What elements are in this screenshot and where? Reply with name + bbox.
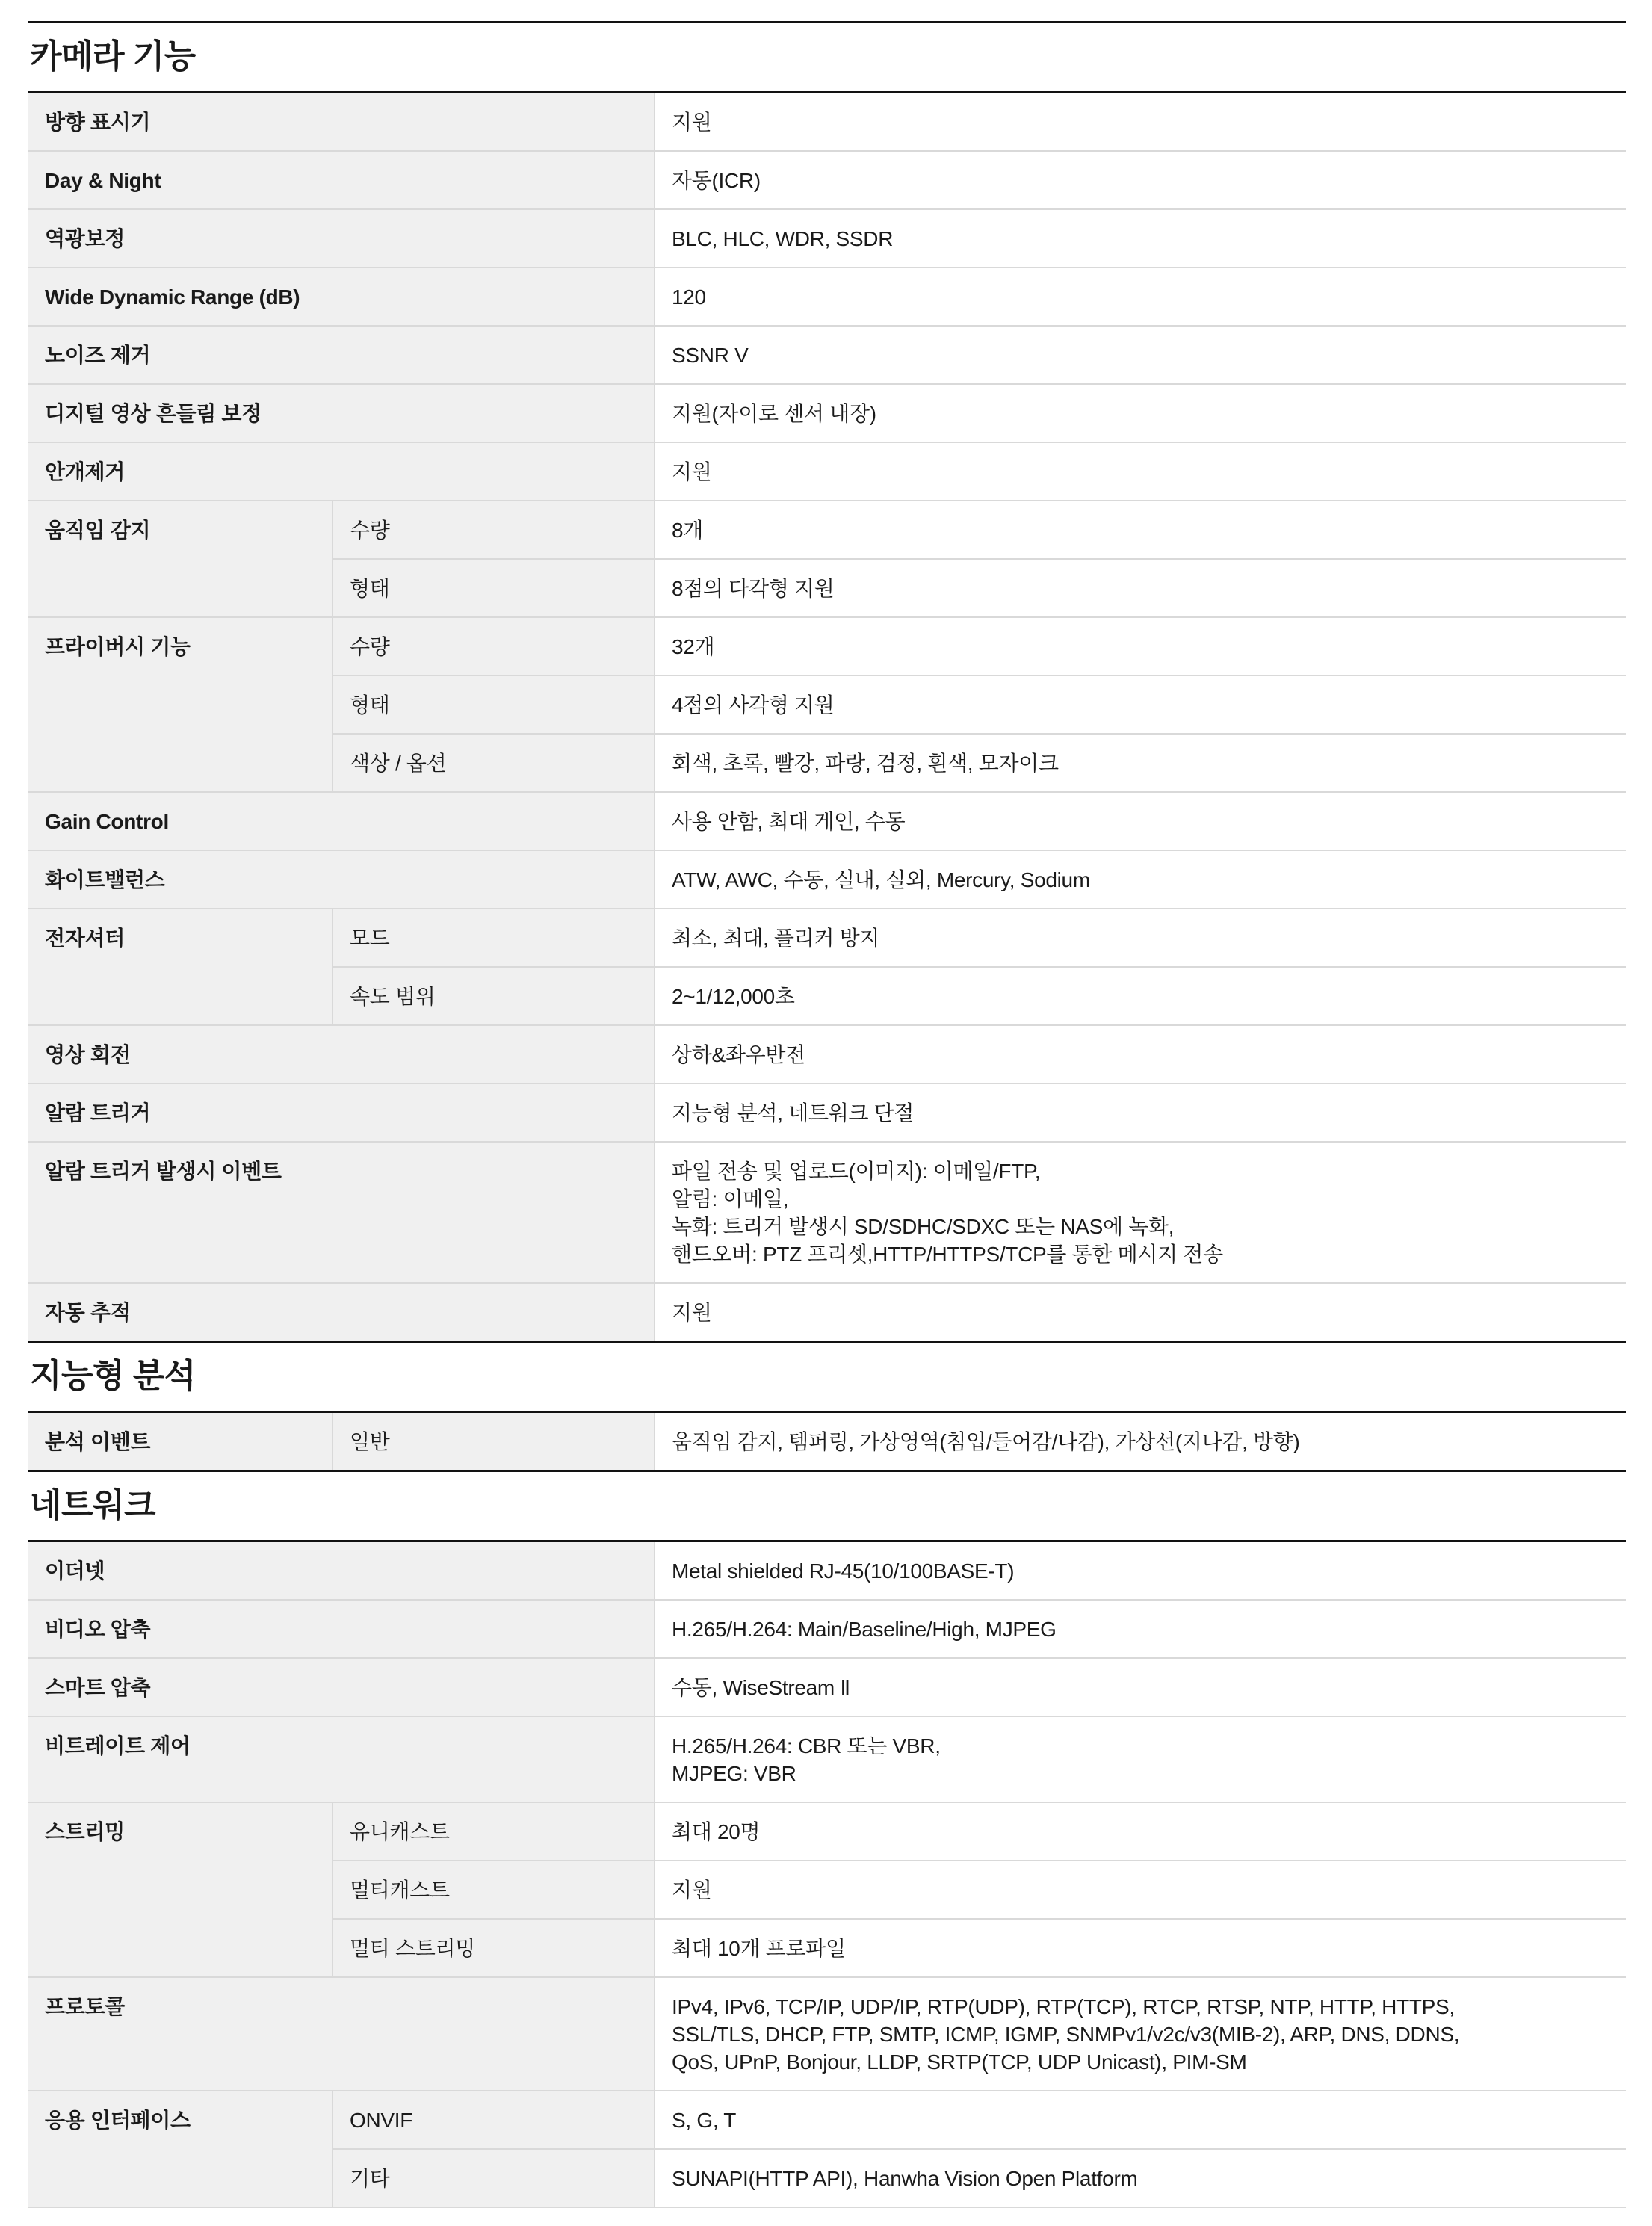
spec-value-cell: H.265/H.264: Main/Baseline/High, MJPEG — [655, 1600, 1626, 1658]
spec-sublabel-cell: 기타 — [332, 2149, 655, 2207]
table-row: Gain Control 사용 안함, 최대 게인, 수동 — [28, 792, 1626, 850]
spec-sublabel-cell: 수량 — [332, 501, 655, 559]
spec-value-cell: SUNAPI(HTTP API), Hanwha Vision Open Pla… — [655, 2149, 1626, 2207]
intelligent-analytics-table: 분석 이벤트 일반 움직임 감지, 템퍼링, 가상영역(침입/들어감/나감), … — [28, 1411, 1626, 1472]
spec-value-cell: 파일 전송 및 업로드(이미지): 이메일/FTP, 알림: 이메일, 녹화: … — [655, 1142, 1626, 1283]
spec-value-cell: 수동, WiseStream Ⅱ — [655, 1658, 1626, 1716]
spec-label-cell: 움직임 감지 — [28, 501, 332, 617]
spec-sublabel-cell: 색상 / 옵션 — [332, 734, 655, 792]
table-row: 분석 이벤트 일반 움직임 감지, 템퍼링, 가상영역(침입/들어감/나감), … — [28, 1412, 1626, 1471]
spec-label-cell: Gain Control — [28, 792, 655, 850]
table-row: 전자셔터 모드 최소, 최대, 플리커 방지 — [28, 909, 1626, 967]
value-line: SSL/TLS, DHCP, FTP, SMTP, ICMP, IGMP, SN… — [672, 2021, 1609, 2048]
spec-sublabel-cell: 속도 범위 — [332, 967, 655, 1025]
spec-label-cell: 영상 회전 — [28, 1025, 655, 1083]
spec-label-cell: 비트레이트 제어 — [28, 1716, 655, 1802]
spec-value-cell: 지원 — [655, 1283, 1626, 1342]
spec-label-cell: 프로토콜 — [28, 1977, 655, 2091]
table-row: 스트리밍 유니캐스트 최대 20명 — [28, 1802, 1626, 1861]
spec-label-cell: 역광보정 — [28, 209, 655, 268]
spec-value-cell: 지원 — [655, 1861, 1626, 1919]
spec-label-cell: 이더넷 — [28, 1542, 655, 1601]
value-line: IPv4, IPv6, TCP/IP, UDP/IP, RTP(UDP), RT… — [672, 1993, 1609, 2021]
camera-features-table: 방향 표시기 지원 Day & Night 자동(ICR) 역광보정 BLC, … — [28, 91, 1626, 1343]
spec-value-cell: 최대 10개 프로파일 — [655, 1919, 1626, 1977]
value-line: MJPEG: VBR — [672, 1760, 1609, 1787]
table-row: 프라이버시 기능 수량 32개 — [28, 617, 1626, 675]
spec-sheet: 카메라 기능 방향 표시기 지원 Day & Night 자동(ICR) 역광보… — [0, 0, 1652, 2208]
spec-value-cell: 자동(ICR) — [655, 151, 1626, 209]
value-line: 알림: 이메일, — [672, 1185, 1609, 1213]
spec-value-cell: ATW, AWC, 수동, 실내, 실외, Mercury, Sodium — [655, 850, 1626, 909]
spec-label-cell: 화이트밸런스 — [28, 850, 655, 909]
spec-sublabel-cell: 일반 — [332, 1412, 655, 1471]
table-row: 이더넷 Metal shielded RJ-45(10/100BASE-T) — [28, 1542, 1626, 1601]
spec-label-cell: Day & Night — [28, 151, 655, 209]
spec-value-cell: 지원(자이로 센서 내장) — [655, 384, 1626, 442]
spec-value-cell: S, G, T — [655, 2091, 1626, 2149]
table-row: Wide Dynamic Range (dB) 120 — [28, 268, 1626, 326]
spec-sublabel-cell: ONVIF — [332, 2091, 655, 2149]
spec-label-cell: 자동 추적 — [28, 1283, 655, 1342]
spec-label-cell: 스마트 압축 — [28, 1658, 655, 1716]
spec-value-cell: 32개 — [655, 617, 1626, 675]
table-row: 방향 표시기 지원 — [28, 93, 1626, 152]
table-row: 노이즈 제거 SSNR V — [28, 326, 1626, 384]
spec-label-cell: 분석 이벤트 — [28, 1412, 332, 1471]
value-line: 녹화: 트리거 발생시 SD/SDHC/SDXC 또는 NAS에 녹화, — [672, 1213, 1609, 1240]
spec-label-cell: 전자셔터 — [28, 909, 332, 1025]
spec-value-cell: SSNR V — [655, 326, 1626, 384]
spec-label-cell: 알람 트리거 — [28, 1083, 655, 1142]
table-row: 역광보정 BLC, HLC, WDR, SSDR — [28, 209, 1626, 268]
value-line: 파일 전송 및 업로드(이미지): 이메일/FTP, — [672, 1157, 1609, 1185]
spec-value-cell: 최소, 최대, 플리커 방지 — [655, 909, 1626, 967]
spec-value-cell: 회색, 초록, 빨강, 파랑, 검정, 흰색, 모자이크 — [655, 734, 1626, 792]
spec-sublabel-cell: 모드 — [332, 909, 655, 967]
table-row: 영상 회전 상하&좌우반전 — [28, 1025, 1626, 1083]
table-row: 스마트 압축 수동, WiseStream Ⅱ — [28, 1658, 1626, 1716]
spec-value-cell: 8점의 다각형 지원 — [655, 559, 1626, 617]
spec-label-cell: 응용 인터페이스 — [28, 2091, 332, 2207]
spec-value-cell: IPv4, IPv6, TCP/IP, UDP/IP, RTP(UDP), RT… — [655, 1977, 1626, 2091]
spec-sublabel-cell: 형태 — [332, 675, 655, 734]
section-title-intelligent-analytics: 지능형 분석 — [28, 1343, 1626, 1411]
spec-label-cell: 알람 트리거 발생시 이벤트 — [28, 1142, 655, 1283]
spec-sublabel-cell: 수량 — [332, 617, 655, 675]
spec-sublabel-cell: 멀티캐스트 — [332, 1861, 655, 1919]
spec-label-cell: Wide Dynamic Range (dB) — [28, 268, 655, 326]
table-row: 자동 추적 지원 — [28, 1283, 1626, 1342]
spec-value-cell: 4점의 사각형 지원 — [655, 675, 1626, 734]
table-row: 비디오 압축 H.265/H.264: Main/Baseline/High, … — [28, 1600, 1626, 1658]
table-row: 알람 트리거 발생시 이벤트 파일 전송 및 업로드(이미지): 이메일/FTP… — [28, 1142, 1626, 1283]
table-row: 안개제거 지원 — [28, 442, 1626, 501]
spec-value-cell: 8개 — [655, 501, 1626, 559]
table-row: 움직임 감지 수량 8개 — [28, 501, 1626, 559]
spec-sublabel-cell: 유니캐스트 — [332, 1802, 655, 1861]
table-row: 응용 인터페이스 ONVIF S, G, T — [28, 2091, 1626, 2149]
section-title-camera-features: 카메라 기능 — [28, 21, 1626, 91]
table-row: 비트레이트 제어 H.265/H.264: CBR 또는 VBR, MJPEG:… — [28, 1716, 1626, 1802]
section-title-network: 네트워크 — [28, 1472, 1626, 1540]
spec-value-cell: 지능형 분석, 네트워크 단절 — [655, 1083, 1626, 1142]
table-row: 화이트밸런스 ATW, AWC, 수동, 실내, 실외, Mercury, So… — [28, 850, 1626, 909]
value-line: QoS, UPnP, Bonjour, LLDP, SRTP(TCP, UDP … — [672, 2048, 1609, 2076]
spec-value-cell: 사용 안함, 최대 게인, 수동 — [655, 792, 1626, 850]
value-line: 핸드오버: PTZ 프리셋,HTTP/HTTPS/TCP를 통한 메시지 전송 — [672, 1240, 1609, 1268]
spec-value-cell: Metal shielded RJ-45(10/100BASE-T) — [655, 1542, 1626, 1601]
spec-value-cell: 2~1/12,000초 — [655, 967, 1626, 1025]
spec-value-cell: H.265/H.264: CBR 또는 VBR, MJPEG: VBR — [655, 1716, 1626, 1802]
spec-label-cell: 디지털 영상 흔들림 보정 — [28, 384, 655, 442]
spec-sublabel-cell: 형태 — [332, 559, 655, 617]
spec-label-cell: 스트리밍 — [28, 1802, 332, 1977]
spec-value-cell: 지원 — [655, 442, 1626, 501]
spec-value-cell: BLC, HLC, WDR, SSDR — [655, 209, 1626, 268]
table-row: 알람 트리거 지능형 분석, 네트워크 단절 — [28, 1083, 1626, 1142]
spec-label-cell: 노이즈 제거 — [28, 326, 655, 384]
spec-label-cell: 비디오 압축 — [28, 1600, 655, 1658]
table-row: 디지털 영상 흔들림 보정 지원(자이로 센서 내장) — [28, 384, 1626, 442]
table-row: Day & Night 자동(ICR) — [28, 151, 1626, 209]
value-line: H.265/H.264: CBR 또는 VBR, — [672, 1732, 1609, 1760]
spec-label-cell: 안개제거 — [28, 442, 655, 501]
spec-value-cell: 움직임 감지, 템퍼링, 가상영역(침입/들어감/나감), 가상선(지나감, 방… — [655, 1412, 1626, 1471]
spec-sublabel-cell: 멀티 스트리밍 — [332, 1919, 655, 1977]
spec-value-cell: 최대 20명 — [655, 1802, 1626, 1861]
spec-value-cell: 지원 — [655, 93, 1626, 152]
spec-label-cell: 방향 표시기 — [28, 93, 655, 152]
table-row: 프로토콜 IPv4, IPv6, TCP/IP, UDP/IP, RTP(UDP… — [28, 1977, 1626, 2091]
network-table: 이더넷 Metal shielded RJ-45(10/100BASE-T) 비… — [28, 1540, 1626, 2208]
spec-label-cell: 프라이버시 기능 — [28, 617, 332, 792]
spec-value-cell: 120 — [655, 268, 1626, 326]
spec-value-cell: 상하&좌우반전 — [655, 1025, 1626, 1083]
